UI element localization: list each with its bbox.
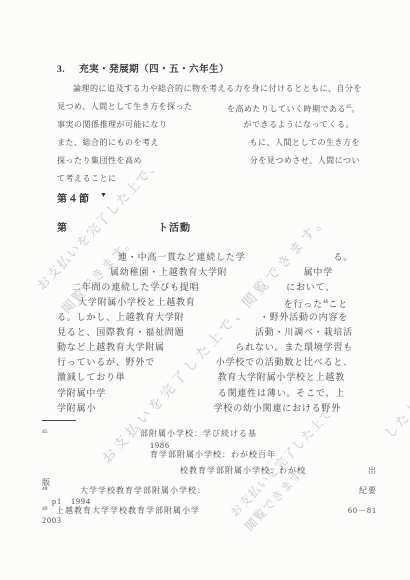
text-line-right: を行った46こと	[284, 296, 348, 310]
text-line-left: 大学附属小学校と上越教育	[78, 296, 196, 310]
footnote-number: 49	[42, 504, 52, 516]
footnote-text: 校教育学部附属小学校：わが校	[180, 466, 368, 476]
text: を行った	[284, 299, 323, 309]
footnote-line: 校教育学部附属小学校：わが校 出	[42, 466, 377, 476]
footnote-line: 45 部附属小学校：学び続ける基	[42, 429, 377, 439]
text-line-right: において、	[286, 281, 335, 293]
text-line-right: る。	[333, 251, 353, 263]
text-line-right: ・野外活動の内容を	[260, 311, 348, 323]
text-line: 大学附属小学校と上越教育 を行った46こと	[57, 296, 353, 310]
footnote-text: 部附属小学校：学び続ける基	[140, 429, 377, 439]
text-line-left: 行っているが、野外で	[57, 356, 155, 368]
scanned-document-page: お支払いを完了した上で、 閲覧できます。 お支払いを完了した上で、閲覧できます。…	[0, 0, 410, 580]
text: を高めたりしていく時期である	[227, 105, 346, 114]
payment-watermark: した上で、	[380, 374, 410, 442]
text-line: 事実の関係推理が可能になり ができるようになってくる。	[57, 119, 360, 131]
footnote-text: 2003	[42, 516, 377, 526]
text-line-right: もに、人間としての生き方を	[250, 137, 361, 149]
footnote-text: 大学学校教育学部附属小学校：	[80, 486, 359, 496]
text-line: 学附属小 学校の幼小関連における野外	[57, 402, 353, 414]
text-line: 行っているが、野外で 小学校での活動数と比べると、	[57, 356, 353, 368]
footnote-number: 45	[42, 427, 52, 439]
footnote-line: 48 大学学校教育学部附属小学校： 紀要	[42, 486, 377, 496]
footnote-line: 49 上越教育大学学校教育学部附属小学 60－81	[42, 506, 377, 516]
text-line-right: ができるようになってくる。	[244, 119, 355, 131]
obscured-text-fragment: ▼	[100, 191, 107, 199]
text-line-left: 学附属中学	[57, 387, 106, 399]
text-line-left: て考えることに	[57, 173, 117, 185]
text-line-left: 属幼稚園・上越教育大学附	[110, 266, 228, 278]
text-line-left: 動など上越教育大学附属	[57, 341, 165, 353]
text-line-left: 連・中高一貫など連続した学	[118, 251, 245, 263]
footnote-text-right: 紀要	[359, 486, 377, 496]
text-line: 論理的に追及する力や総合的に物を考える力を身に付けるとともに、自分を	[57, 83, 360, 95]
footnote-line: 育学部附属小学校：わが校百年	[42, 450, 377, 460]
text-line-left: 見つめ、人間として生き方を探った	[57, 101, 193, 116]
text-line: 属幼稚園・上越教育大学附 属中学	[57, 266, 353, 278]
footnote-line: 2003	[42, 516, 377, 526]
text-line: 二年間の連続した学びも提唱 において、	[57, 281, 353, 293]
heading-number: 3.	[57, 65, 65, 75]
footnote-number: 48	[42, 484, 52, 496]
text-line: また、総合的にものを考え もに、人間としての生き方を	[57, 137, 360, 149]
text-line-left: 二年間の連続した学びも提唱	[72, 281, 199, 293]
text-line-right: 属中学	[304, 266, 333, 278]
text-line-right: 分を見つめさせ、人間につい	[250, 155, 360, 167]
text-line-left: 学附属小	[57, 402, 96, 414]
chapter-header: 第４節	[57, 190, 90, 205]
text-line: て考えることに	[57, 173, 360, 185]
heading-title: 充実・発展期（四・五・六年生）	[79, 65, 229, 75]
text-line-left: 事実の関係推理が可能になり	[57, 119, 168, 131]
footnote-text: 育学部附属小学校：わが校百年	[150, 450, 377, 460]
text-line: 見ると、国際教育・福祉問題 活動・川調べ・栽培活	[57, 326, 353, 338]
section-heading: 3.充実・発展期（四・五・六年生）	[57, 61, 229, 75]
text-line-left: る。しかし、上越教育大学附	[57, 311, 184, 323]
footnote-text: 上越教育大学学校教育学部附属小学	[56, 506, 348, 516]
text-line-right: 教育大学附属小学校と上越教	[218, 371, 345, 383]
text-line: る。しかし、上越教育大学附 ・野外活動の内容を	[57, 311, 353, 323]
text-line-content: 論理的に追及する力や総合的に物を考える力を身に付けるとともに、自分を	[73, 83, 362, 95]
text-line: 動など上越教育大学附属 られない。また環境学習も	[57, 341, 353, 353]
text-line-right: を高めたりしていく時期である45。	[227, 101, 360, 116]
text-line-right: られない。また環境学習も	[235, 341, 353, 353]
text-line: 学附属中学 る関連性は薄い。そこで、上	[57, 387, 353, 399]
text-line-left: また、総合的にものを考え	[57, 137, 159, 149]
text-line-right: 学校の幼小関連における野外	[214, 402, 341, 414]
text-line-right: 小学校での活動数と比べると、	[216, 356, 353, 368]
text-line: 見つめ、人間として生き方を探った を高めたりしていく時期である45。	[57, 101, 360, 116]
text-line-left: 見ると、国際教育・福祉問題	[57, 326, 184, 338]
text-line-left: 激減しており単	[57, 371, 126, 383]
subsection-header: 第	[57, 219, 68, 234]
text-line: 激減しており単 教育大学附属小学校と上越教	[57, 371, 353, 383]
text-line-right: 活動・川調べ・栽培活	[255, 326, 353, 338]
footnote-separator	[42, 420, 76, 421]
text-line-left: 探ったり集団性を高め	[57, 155, 142, 167]
text-line-right: る関連性は薄い。そこで、上	[218, 387, 345, 399]
watermark-line: した上で、	[382, 377, 410, 442]
footnote-text-right: 出	[368, 466, 377, 476]
text-line: 探ったり集団性を高め 分を見つめさせ、人間につい	[57, 155, 360, 167]
footnote-text-right: 60－81	[348, 506, 377, 516]
subsection-header-fragment: ト活動	[158, 219, 191, 234]
text: 。	[352, 105, 361, 114]
text-line: 連・中高一貫など連続した学 る。	[57, 251, 353, 263]
text: こと	[328, 299, 348, 309]
